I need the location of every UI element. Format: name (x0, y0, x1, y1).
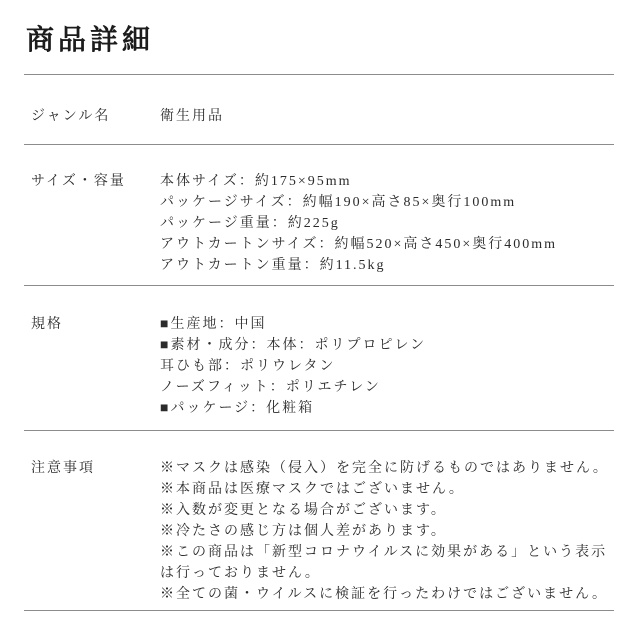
detail-line: ※冷たさの感じ方は個人差があります。 (160, 521, 614, 542)
product-detail-table: ジャンル名 衛生用品 サイズ・容量 本体サイズ：約175×95mmパッケージサイ… (24, 75, 614, 611)
detail-line: ■パッケージ：化粧箱 (160, 398, 614, 419)
detail-row-value: ■生産地：中国■素材・成分：本体：ポリプロピレン耳ひも部：ポリウレタンノーズフィ… (160, 314, 614, 419)
detail-line: 衛生用品 (160, 106, 614, 127)
detail-line: 耳ひも部：ポリウレタン (160, 356, 614, 377)
detail-line: ■素材・成分：本体：ポリプロピレン (160, 335, 614, 356)
detail-line: ※この商品は「新型コロナウイルスに効果がある」という表示は行っておりません。 (160, 542, 614, 584)
detail-line: パッケージ重量：約225g (160, 213, 614, 234)
detail-row: 注意事項 ※マスクは感染（侵入）を完全に防げるものではありません。※本商品は医療… (24, 431, 614, 611)
detail-line: 本体サイズ：約175×95mm (160, 171, 614, 192)
detail-line: パッケージサイズ：約幅190×高さ85×奥行100mm (160, 192, 614, 213)
detail-line: ※入数が変更となる場合がございます。 (160, 500, 614, 521)
detail-row-value: 衛生用品 (160, 106, 614, 127)
detail-line: アウトカートンサイズ：約幅520×高さ450×奥行400mm (160, 234, 614, 255)
detail-row-label: サイズ・容量 (24, 171, 160, 192)
detail-row: ジャンル名 衛生用品 (24, 75, 614, 145)
detail-line: ※本商品は医療マスクではございません。 (160, 479, 614, 500)
detail-row: サイズ・容量 本体サイズ：約175×95mmパッケージサイズ：約幅190×高さ8… (24, 145, 614, 286)
detail-line: ノーズフィット：ポリエチレン (160, 377, 614, 398)
detail-row: 規格 ■生産地：中国■素材・成分：本体：ポリプロピレン耳ひも部：ポリウレタンノー… (24, 286, 614, 431)
detail-row-value: ※マスクは感染（侵入）を完全に防げるものではありません。※本商品は医療マスクでは… (160, 458, 614, 605)
detail-row-label: 注意事項 (24, 458, 160, 479)
detail-line: アウトカートン重量：約11.5kg (160, 255, 614, 276)
product-detail-page: 商品詳細 ジャンル名 衛生用品 サイズ・容量 本体サイズ：約175×95mmパッ… (24, 0, 614, 611)
detail-line: ※全ての菌・ウイルスに検証を行ったわけではございません。 (160, 584, 614, 605)
page-title: 商品詳細 (24, 0, 614, 75)
detail-row-label: 規格 (24, 314, 160, 335)
detail-row-label: ジャンル名 (24, 106, 160, 127)
detail-line: ※マスクは感染（侵入）を完全に防げるものではありません。 (160, 458, 614, 479)
detail-row-value: 本体サイズ：約175×95mmパッケージサイズ：約幅190×高さ85×奥行100… (160, 171, 614, 276)
detail-line: ■生産地：中国 (160, 314, 614, 335)
